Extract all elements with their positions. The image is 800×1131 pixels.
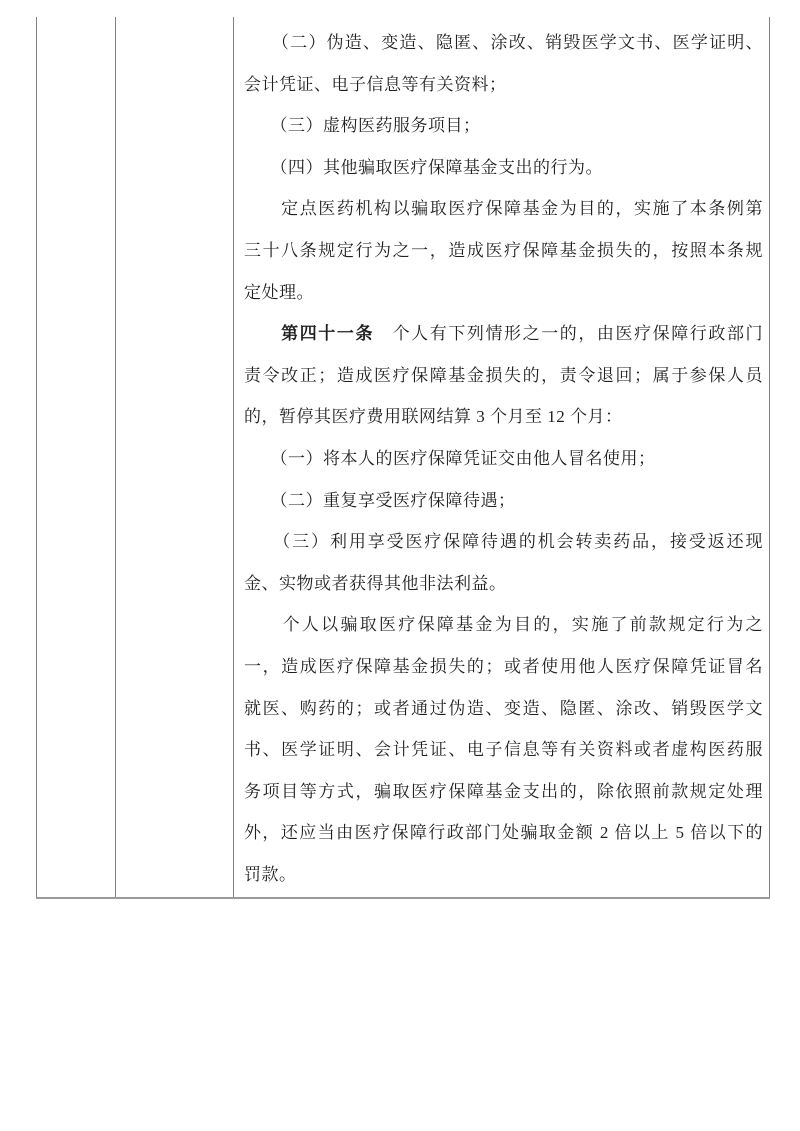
text-line: 定处理。 xyxy=(244,272,763,314)
text-line: （三）虚构医药服务项目； xyxy=(244,105,763,147)
text-line: 定点医药机构以骗取医疗保障基金为目的，实施了本条例第 xyxy=(244,188,763,230)
text-line: 外，还应当由医疗保障行政部门处骗取金额 2 倍以上 5 倍以下的 xyxy=(244,812,763,854)
document-page: （二）伪造、变造、隐匿、涂改、销毁医学文书、医学证明、会计凭证、电子信息等有关资… xyxy=(0,0,800,1131)
article-number-bold: 第四十一条 xyxy=(244,324,374,343)
text-line: （三）利用享受医疗保障待遇的机会转卖药品，接受返还现 xyxy=(244,521,763,563)
article-text-cell: （二）伪造、变造、隐匿、涂改、销毁医学文书、医学证明、会计凭证、电子信息等有关资… xyxy=(233,17,770,897)
text-line: （四）其他骗取医疗保障基金支出的行为。 xyxy=(244,147,763,189)
text-line: （一）将本人的医疗保障凭证交由他人冒名使用； xyxy=(244,438,763,480)
text-line: 金、实物或者获得其他非法利益。 xyxy=(244,563,763,605)
article-lines: （二）伪造、变造、隐匿、涂改、销毁医学文书、医学证明、会计凭证、电子信息等有关资… xyxy=(244,22,763,895)
regulation-table: （二）伪造、变造、隐匿、涂改、销毁医学文书、医学证明、会计凭证、电子信息等有关资… xyxy=(36,17,770,899)
table-cell-empty-1 xyxy=(36,17,115,897)
text-line: （二）重复享受医疗保障待遇； xyxy=(244,480,763,522)
text-line: 个人以骗取医疗保障基金为目的，实施了前款规定行为之 xyxy=(244,604,763,646)
text-line: 书、医学证明、会计凭证、电子信息等有关资料或者虚构医药服 xyxy=(244,729,763,771)
text-line: 就医、购药的；或者通过伪造、变造、隐匿、涂改、销毁医学文 xyxy=(244,688,763,730)
text-line: 务项目等方式，骗取医疗保障基金支出的，除依照前款规定处理 xyxy=(244,771,763,813)
text-line: 会计凭证、电子信息等有关资料； xyxy=(244,64,763,106)
text-line: 一，造成医疗保障基金损失的；或者使用他人医疗保障凭证冒名 xyxy=(244,646,763,688)
table-cell-empty-2 xyxy=(115,17,233,897)
text-line: 第四十一条 个人有下列情形之一的，由医疗保障行政部门 xyxy=(244,313,763,355)
text-line: 三十八条规定行为之一，造成医疗保障基金损失的，按照本条规 xyxy=(244,230,763,272)
text-line: 罚款。 xyxy=(244,854,763,896)
text-line: 的，暂停其医疗费用联网结算 3 个月至 12 个月： xyxy=(244,396,763,438)
text-line: （二）伪造、变造、隐匿、涂改、销毁医学文书、医学证明、 xyxy=(244,22,763,64)
text-line: 责令改正；造成医疗保障基金损失的，责令退回；属于参保人员 xyxy=(244,355,763,397)
